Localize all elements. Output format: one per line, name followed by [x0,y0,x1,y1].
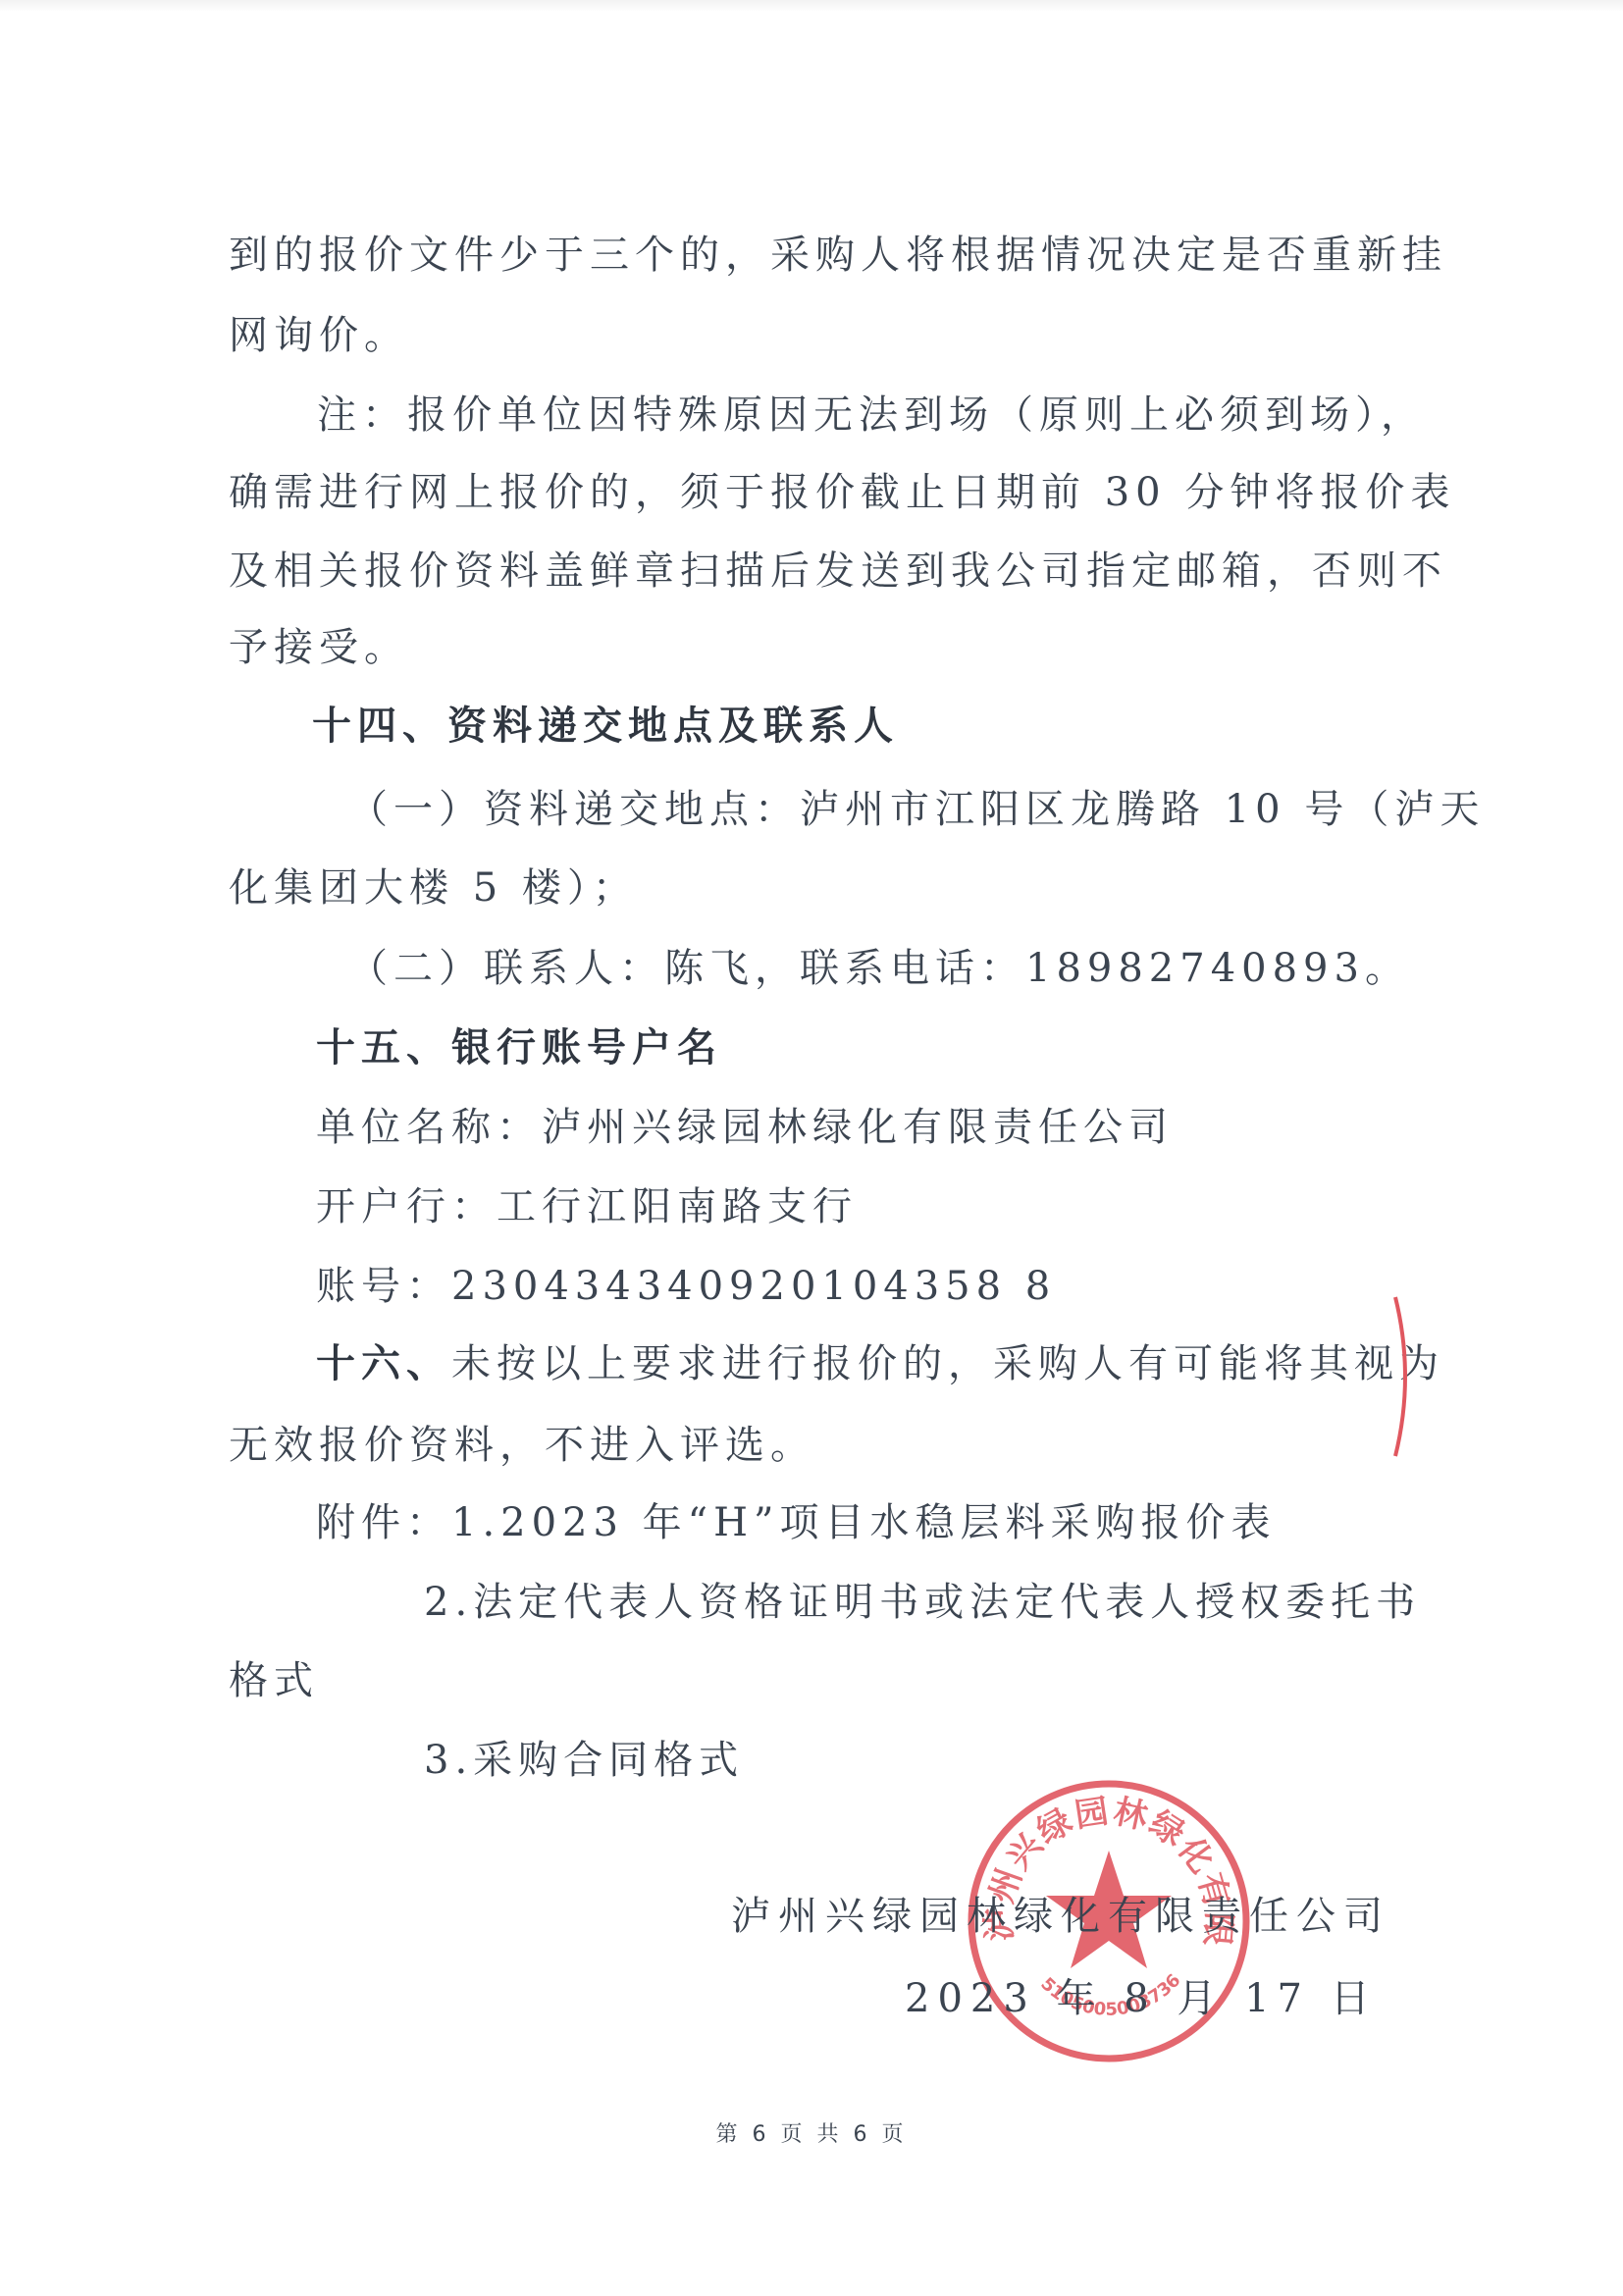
note-line: 确需进行网上报价的，须于报价截止日期前 30 分钟将报价表 [229,469,1455,516]
attachment-item: 格式 [229,1657,319,1704]
paragraph-line: 网询价。 [229,312,409,359]
section-16-heading: 十六、 [316,1340,451,1386]
delivery-address-line: （一）资料递交地点：泸州市江阳区龙腾路 10 号（泸天 [348,786,1485,833]
note-line: 及相关报价资料盖鲜章扫描后发送到我公司指定邮箱，否则不 [229,548,1447,595]
unit-name-line: 单位名称：泸州兴绿园林绿化有限责任公司 [316,1104,1174,1151]
attachment-item: 3.采购合同格式 [424,1737,744,1784]
signature-date: 2023 年 8 月 17 日 [905,1975,1378,2022]
page-number: 第 6 页 共 6 页 [0,2117,1623,2148]
bank-line: 开户行：工行江阳南路支行 [316,1183,858,1230]
attachment-item: 2.法定代表人资格证明书或法定代表人授权委托书 [424,1579,1421,1626]
seam-stamp-mark [1391,1293,1421,1460]
note-line: 注：报价单位因特殊原因无法到场（原则上必须到场）， [317,391,1426,439]
account-line: 账号：230434340920104358 8 [316,1263,1056,1310]
attachment-item: 附件：1.2023 年“H”项目水稳层料采购报价表 [316,1499,1276,1546]
section-16-text: 无效报价资料，不进入评选。 [229,1422,815,1469]
section-16-text: 未按以上要求进行报价的，采购人有可能将其视为 [451,1341,1444,1386]
contact-line: （二）联系人：陈飞，联系电话：18982740893。 [348,945,1410,992]
section-16-line: 十六、未按以上要求进行报价的，采购人有可能将其视为 [316,1340,1444,1387]
note-line: 予接受。 [229,624,409,671]
scan-top-edge [0,0,1623,12]
signature-company: 泸州兴绿园林绿化有限责任公司 [731,1893,1390,1940]
section-14-heading: 十四、资料递交地点及联系人 [312,703,899,750]
paragraph-line: 到的报价文件少于三个的，采购人将根据情况决定是否重新挂 [229,232,1447,279]
delivery-address-line: 化集团大楼 5 楼）； [229,864,638,912]
section-15-heading: 十五、银行账号户名 [316,1024,722,1071]
